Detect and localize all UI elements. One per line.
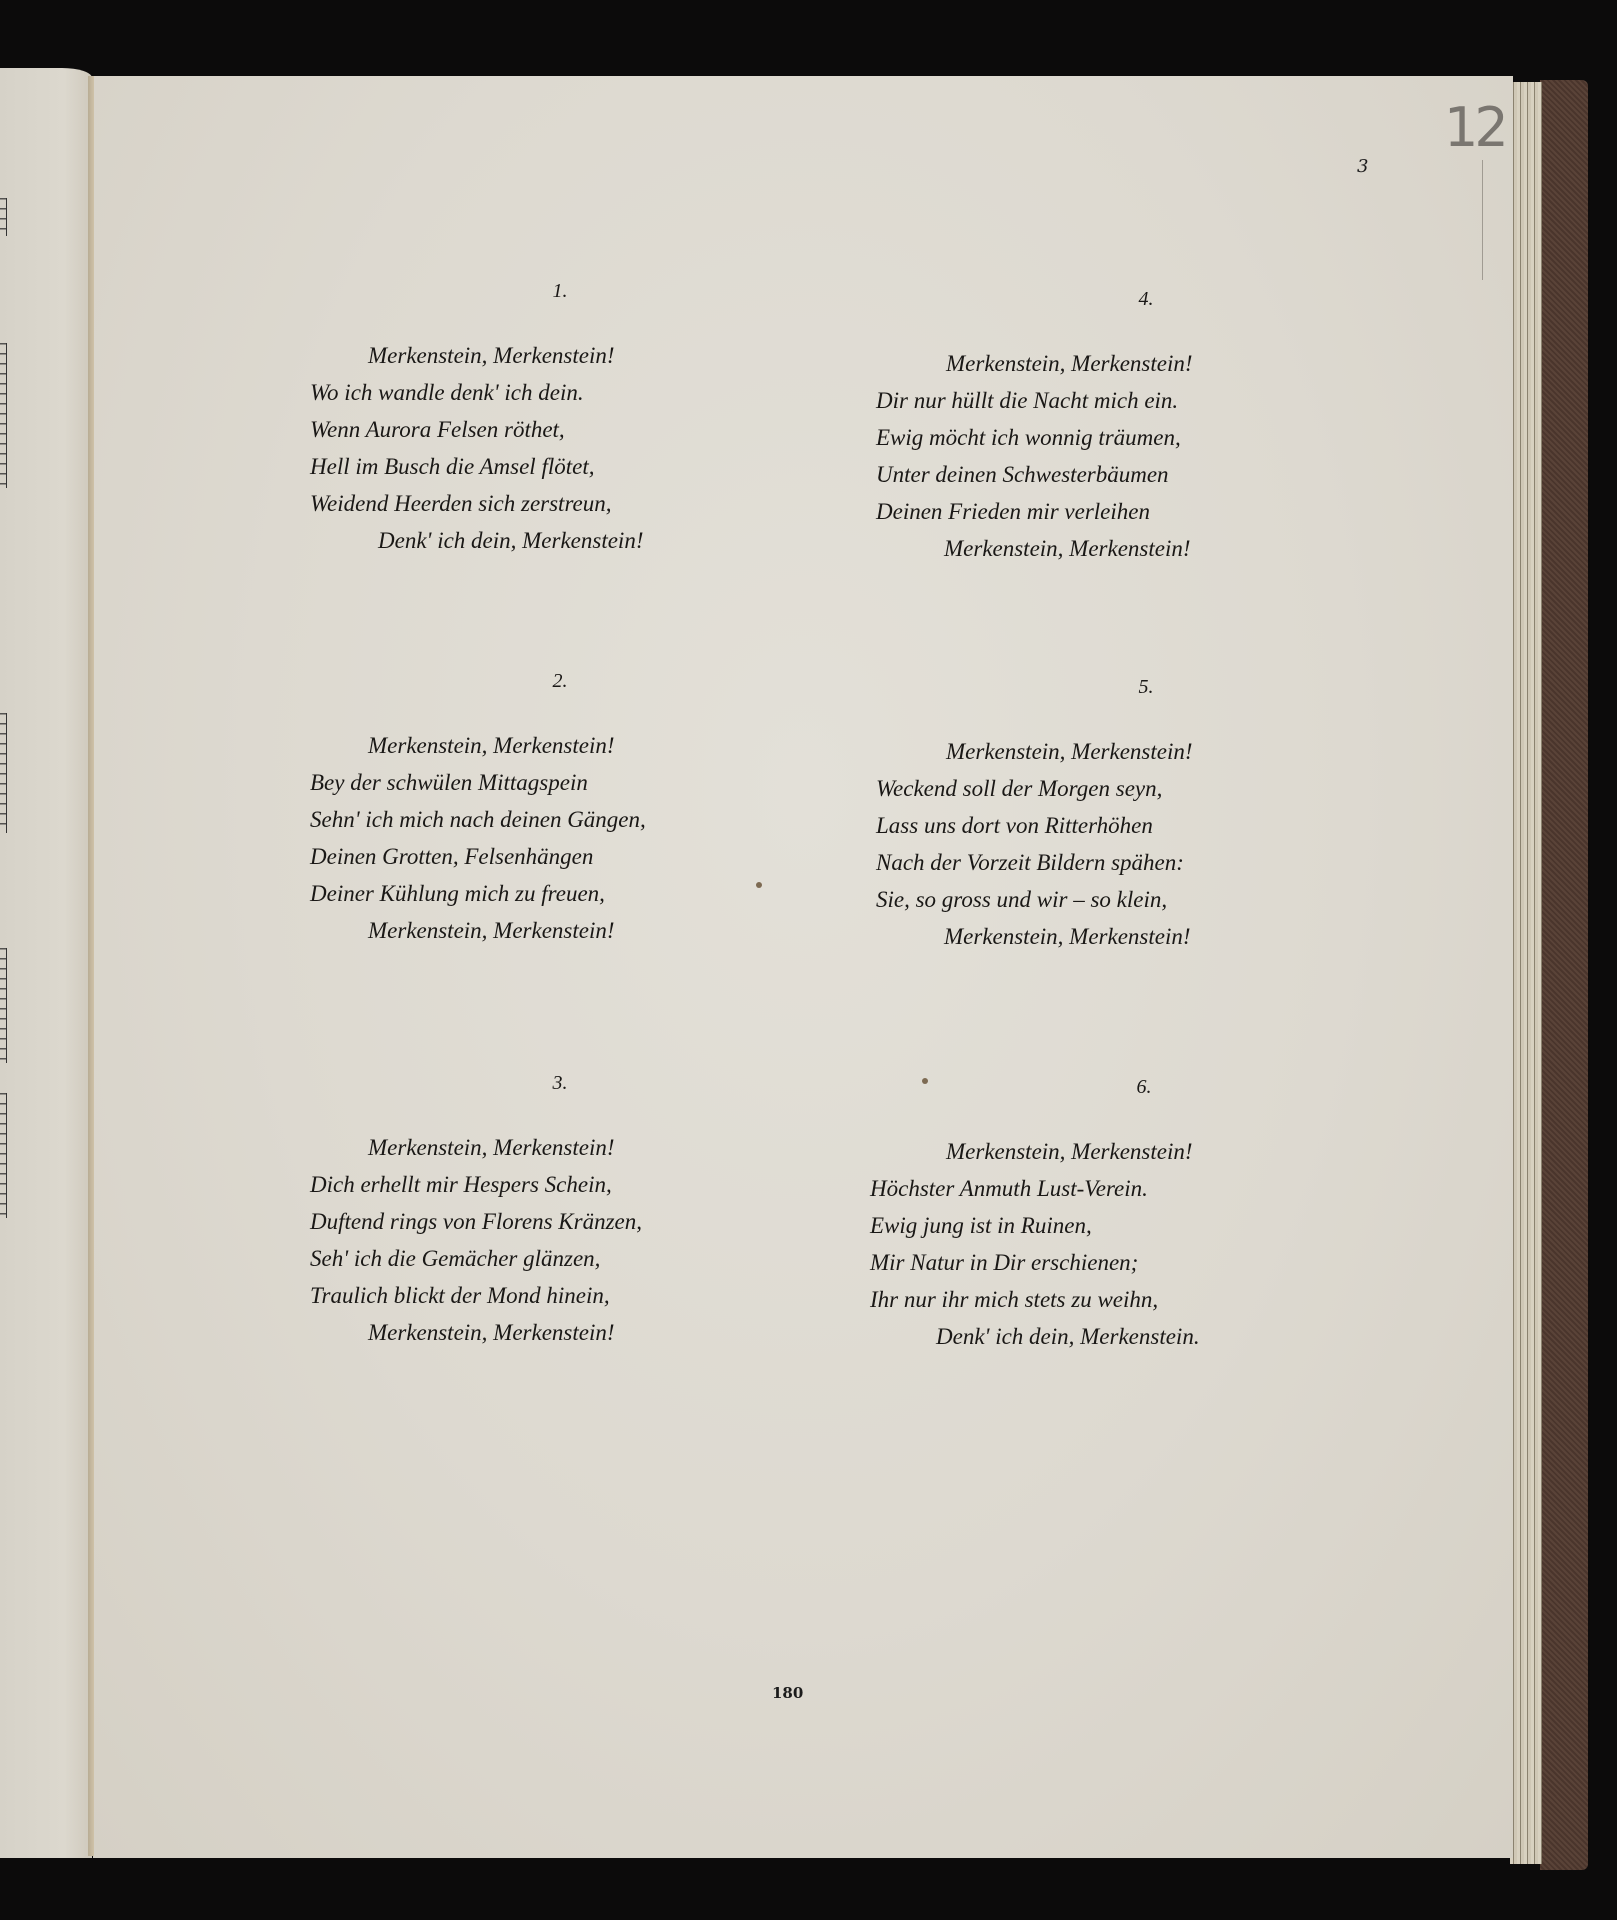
stanza-line: Merkenstein, Merkenstein! (310, 912, 750, 949)
stanza-line: Seh' ich die Gemächer glänzen, (310, 1240, 750, 1277)
stanza-line: Merkenstein, Merkenstein! (310, 727, 750, 764)
stanza-line: Dich erhellt mir Hespers Schein, (310, 1166, 750, 1203)
pencil-guide-line (1482, 160, 1483, 280)
stanza-line: Höchster Anmuth Lust-Verein. (870, 1170, 1310, 1207)
stanza-line: Nach der Vorzeit Bildern spähen: (876, 844, 1316, 881)
book-cover-cloth (1540, 80, 1588, 1870)
stanza-line: Merkenstein, Merkenstein! (310, 337, 750, 374)
stanza-line: Ihr nur ihr mich stets zu weihn, (870, 1281, 1310, 1318)
stanza-2: 2. Merkenstein, Merkenstein! Bey der sch… (310, 670, 750, 949)
stanza-number: 5. (876, 676, 1316, 699)
stanza-1: 1. Merkenstein, Merkenstein! Wo ich wand… (310, 280, 750, 559)
stanza-number: 2. (310, 670, 750, 693)
stanza-line: Merkenstein, Merkenstein! (876, 918, 1316, 955)
stanza-line: Hell im Busch die Amsel flötet, (310, 448, 750, 485)
stanza-line: Deinen Grotten, Felsenhängen (310, 838, 750, 875)
stanza-number: 6. (870, 1076, 1310, 1099)
stanza-line: Merkenstein, Merkenstein! (876, 345, 1316, 382)
stanza-line: Ewig möcht ich wonnig träumen, (876, 419, 1316, 456)
stanza-line: Denk' ich dein, Merkenstein. (870, 1318, 1310, 1355)
stanza-line: Deinen Frieden mir verleihen (876, 493, 1316, 530)
stanza-line: Traulich blickt der Mond hinein, (310, 1277, 750, 1314)
stanza-line: Merkenstein, Merkenstein! (310, 1314, 750, 1351)
foxing-spot (756, 882, 762, 888)
stanza-line: Sehn' ich mich nach deinen Gängen, (310, 801, 750, 838)
stanza-line: Denk' ich dein, Merkenstein! (310, 522, 750, 559)
stanza-line: Wo ich wandle denk' ich dein. (310, 374, 750, 411)
stanza-line: Dir nur hüllt die Nacht mich ein. (876, 382, 1316, 419)
stanza-line: Weidend Heerden sich zerstreun, (310, 485, 750, 522)
music-staff-fragment (0, 343, 7, 488)
stanza-6: 6. Merkenstein, Merkenstein! Höchster An… (870, 1076, 1310, 1355)
left-page-edge (0, 68, 92, 1858)
stanza-number: 1. (310, 280, 750, 303)
music-staff-fragment (0, 1093, 7, 1218)
page-folio-number: 3 (1357, 156, 1368, 177)
stanza-line: Mir Natur in Dir erschienen; (870, 1244, 1310, 1281)
stanza-4: 4. Merkenstein, Merkenstein! Dir nur hül… (876, 288, 1316, 567)
stanza-number: 3. (310, 1072, 750, 1095)
stanza-line: Merkenstein, Merkenstein! (876, 733, 1316, 770)
stanza-line: Weckend soll der Morgen seyn, (876, 770, 1316, 807)
music-staff-fragment (0, 948, 7, 1063)
pencil-page-number: 12 (1444, 96, 1505, 159)
stanza-line: Merkenstein, Merkenstein! (310, 1129, 750, 1166)
bottom-page-number: 180 (772, 1684, 803, 1702)
stanza-line: Deiner Kühlung mich zu freuen, (310, 875, 750, 912)
stanza-line: Duftend rings von Florens Kränzen, (310, 1203, 750, 1240)
stanza-line: Unter deinen Schwesterbäumen (876, 456, 1316, 493)
stanza-line: Ewig jung ist in Ruinen, (870, 1207, 1310, 1244)
stanza-line: Merkenstein, Merkenstein! (870, 1133, 1310, 1170)
stanza-line: Merkenstein, Merkenstein! (876, 530, 1316, 567)
stanza-3: 3. Merkenstein, Merkenstein! Dich erhell… (310, 1072, 750, 1351)
page-edges (1510, 82, 1542, 1864)
gutter-shadow (88, 76, 94, 1856)
stanza-5: 5. Merkenstein, Merkenstein! Weckend sol… (876, 676, 1316, 955)
stanza-line: Lass uns dort von Ritterhöhen (876, 807, 1316, 844)
stanza-line: Sie, so gross und wir – so klein, (876, 881, 1316, 918)
music-staff-fragment (0, 198, 7, 236)
stanza-line: Bey der schwülen Mittagspein (310, 764, 750, 801)
stanza-line: Wenn Aurora Felsen röthet, (310, 411, 750, 448)
music-staff-fragment (0, 713, 7, 833)
stanza-number: 4. (876, 288, 1316, 311)
